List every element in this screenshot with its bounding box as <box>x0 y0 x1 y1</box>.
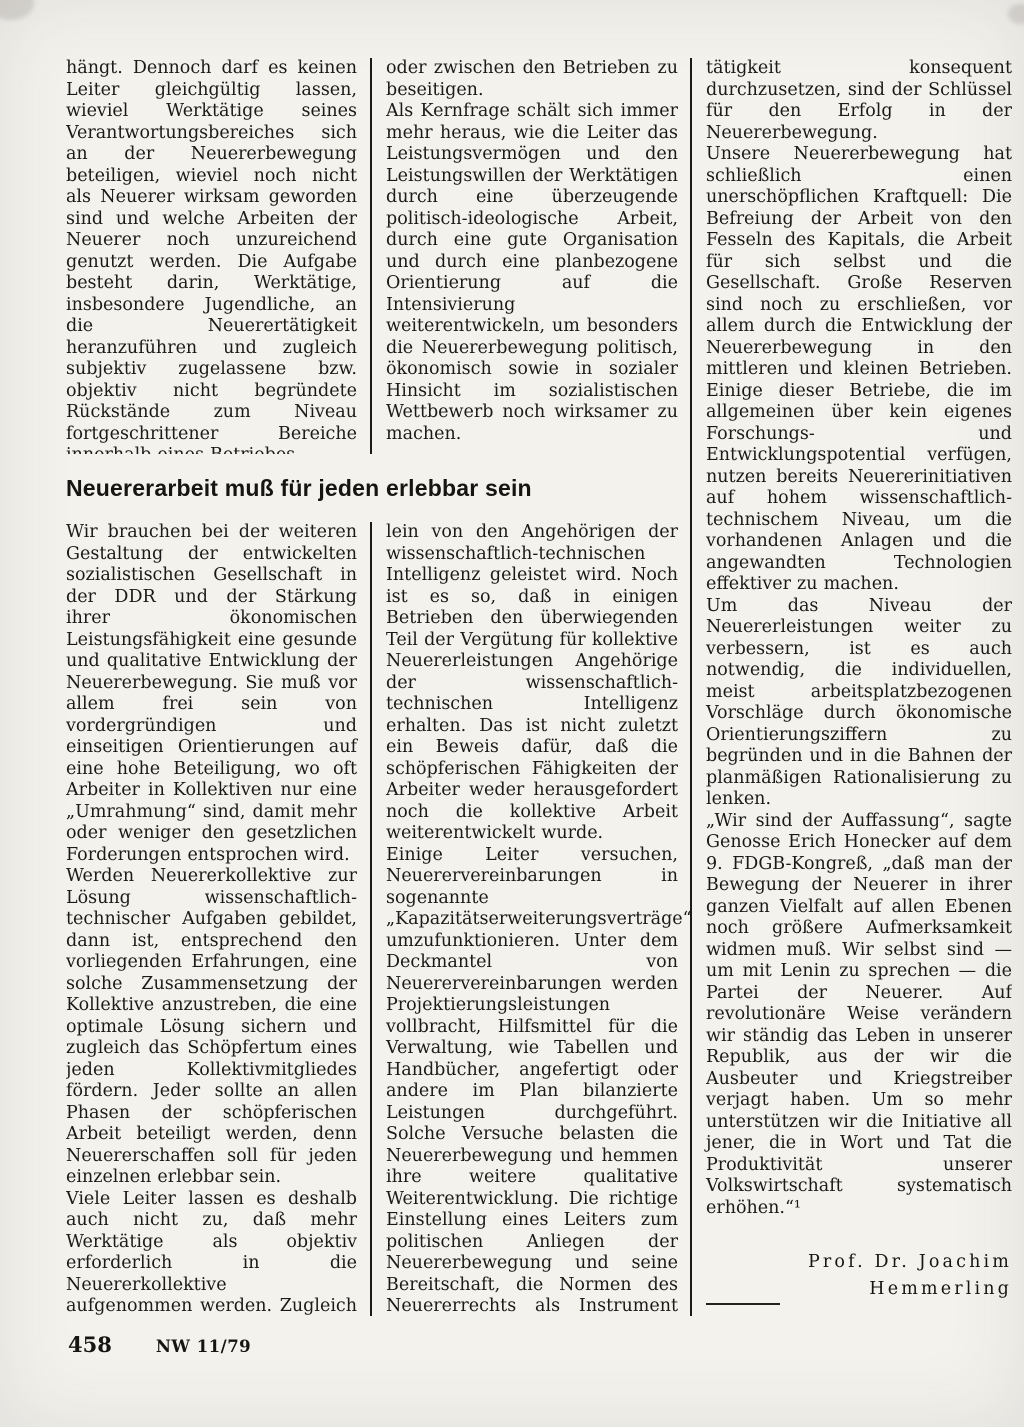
paragraph: hängt. Dennoch darf es keinen Leiter gle… <box>66 58 357 454</box>
paragraph: Viele Leiter lassen es deshalb auch nich… <box>66 1189 357 1317</box>
paragraph: Um das Niveau der Neuererleistungen weit… <box>706 596 1012 811</box>
paragraph: Werden Neuererkollektive zur Lösung wiss… <box>66 866 357 1189</box>
author-signature: Prof. Dr. Joachim Hemmerling <box>706 1249 1012 1303</box>
paragraph: Einige Leiter versuchen, Neuerervereinba… <box>386 845 678 1317</box>
column-left-top: hängt. Dennoch darf es keinen Leiter gle… <box>66 58 372 454</box>
paragraph: lein von den Angehörigen der wissenschaf… <box>386 522 678 845</box>
page-number: 458 <box>68 1332 112 1357</box>
scan-artifact <box>0 0 34 20</box>
footnote-block: 1) ND vom 18. 5. 1977, S. 3 <box>706 1303 1012 1316</box>
paragraph: oder zwischen den Betrieben zu beseitige… <box>386 58 678 101</box>
column-left-bottom: Wir brauchen bei der weiteren Gestaltung… <box>66 522 372 1316</box>
scan-artifact <box>1008 4 1024 24</box>
magazine-page: hängt. Dennoch darf es keinen Leiter gle… <box>0 0 1024 1427</box>
column-right: tätigkeit konsequent durchzusetzen, sind… <box>690 58 1012 1316</box>
issue-label: NW 11/79 <box>156 1337 251 1356</box>
page-footer: 458 NW 11/79 <box>68 1332 251 1357</box>
paragraph: „Wir sind der Auffassung“, sagte Genosse… <box>706 811 1012 1220</box>
signature-line: Hemmerling <box>706 1276 1012 1303</box>
section-heading-row: Neuererarbeit muß für jeden erlebbar sei… <box>66 454 690 522</box>
paragraph: Wir brauchen bei der weiteren Gestaltung… <box>66 522 357 866</box>
column-middle-bottom: lein von den Angehörigen der wissenschaf… <box>372 522 690 1316</box>
article-content: hängt. Dennoch darf es keinen Leiter gle… <box>66 58 1012 1316</box>
paragraph: Als Kernfrage schält sich immer mehr her… <box>386 101 678 445</box>
column-middle-top: oder zwischen den Betrieben zu beseitige… <box>372 58 690 454</box>
section-heading: Neuererarbeit muß für jeden erlebbar sei… <box>66 475 532 502</box>
paragraph: Unsere Neuererbewegung hat schließlich e… <box>706 144 1012 596</box>
paragraph: tätigkeit konsequent durchzusetzen, sind… <box>706 58 1012 144</box>
footnote-divider <box>706 1303 780 1305</box>
signature-line: Prof. Dr. Joachim <box>706 1249 1012 1276</box>
